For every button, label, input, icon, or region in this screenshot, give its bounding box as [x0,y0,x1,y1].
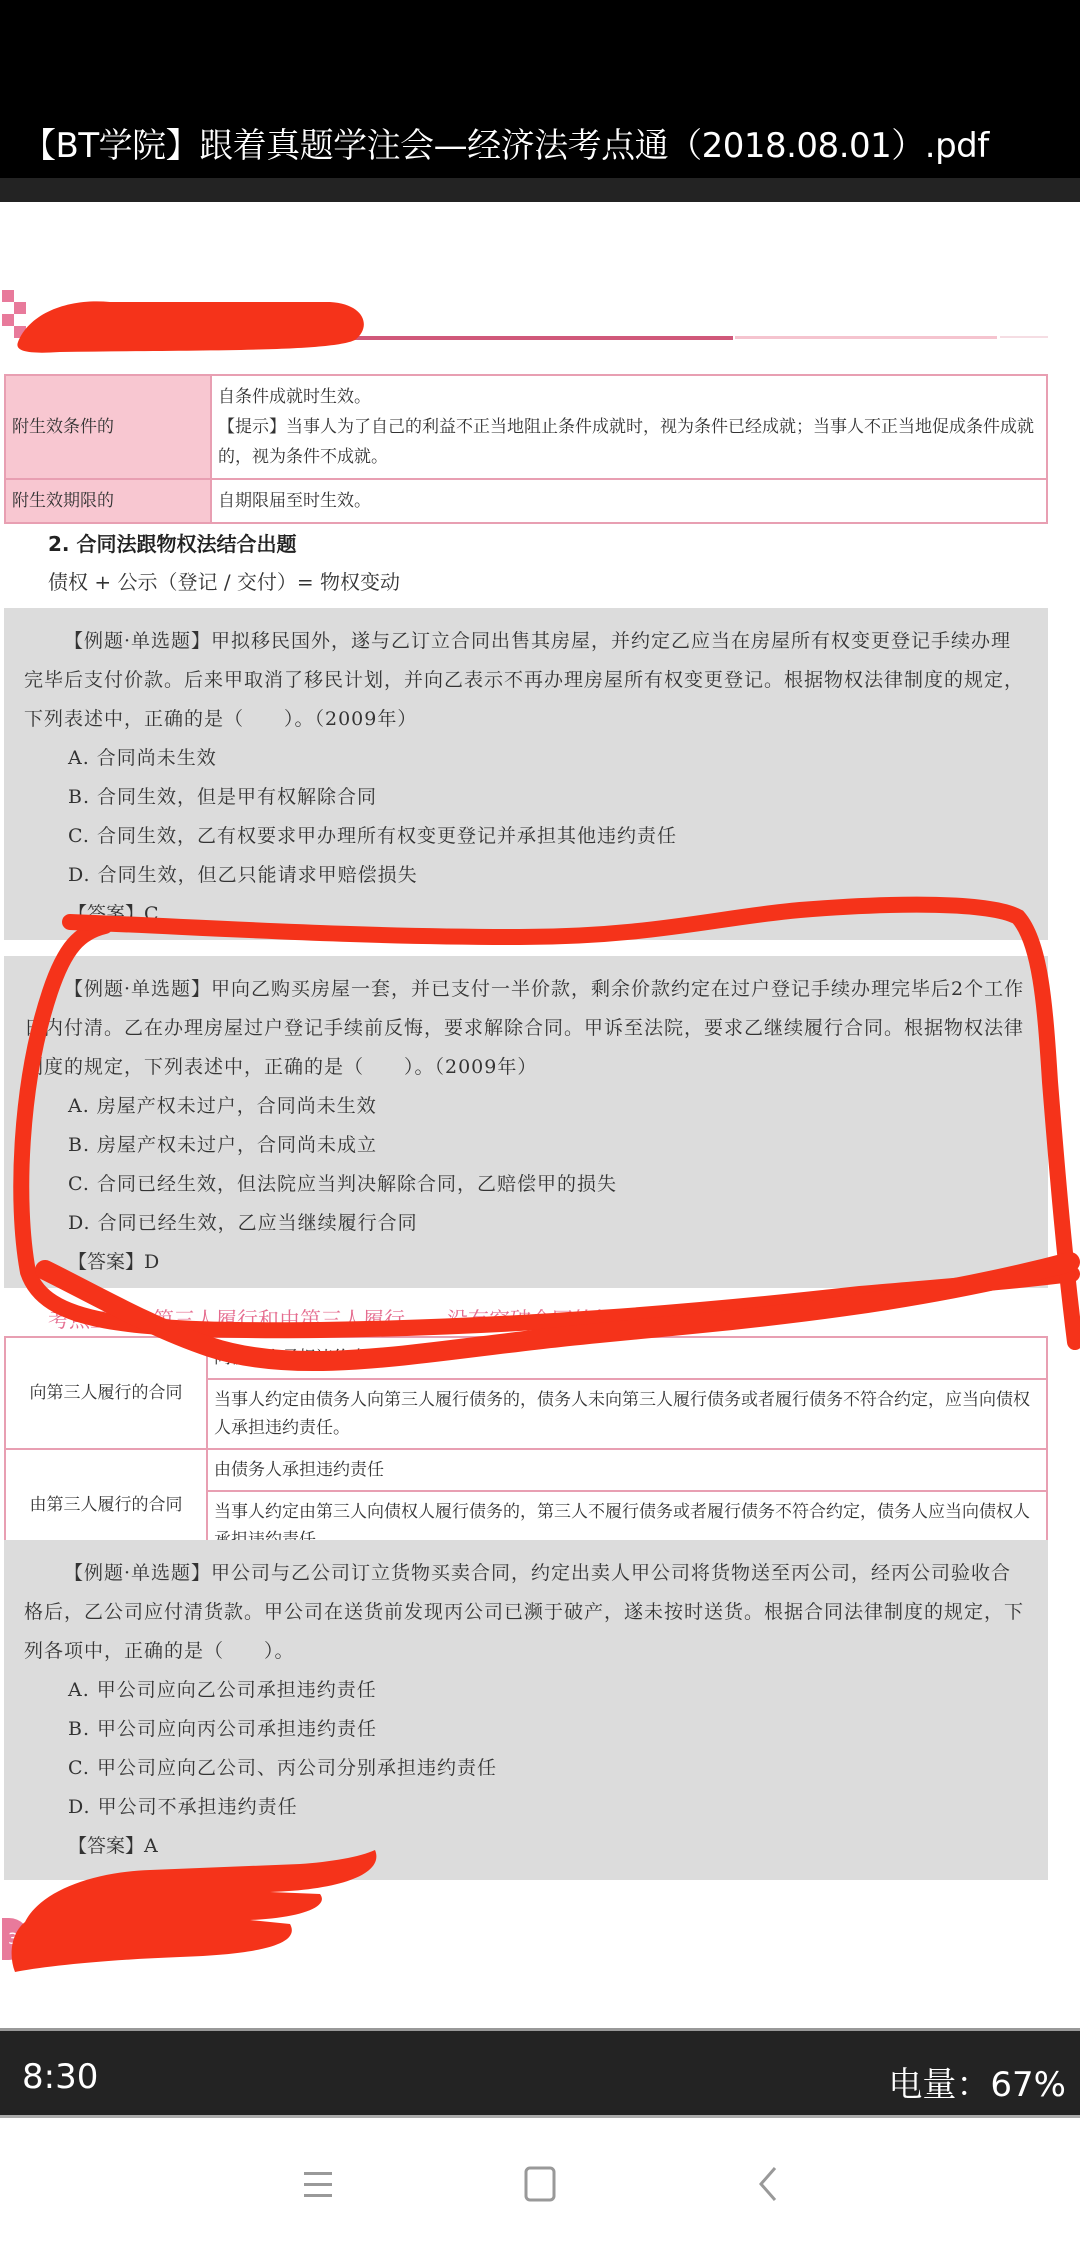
row-content: 自期限届至时生效。 [211,479,1047,523]
option-c: C. 合同生效，乙有权要求甲办理所有权变更登记并承担其他违约责任 [24,817,1028,856]
kaodian-heading: 考点五 向第三人履行和由第三人履行——没有突破合同的相对性 [48,1304,657,1334]
option-a: A. 合同尚未生效 [24,739,1028,778]
header-rule-faint [1000,336,1048,338]
document-title: 【BT学院】跟着真题学注会—经济法考点通（2018.08.01）.pdf [22,118,989,167]
battery-level: 电量：67% [888,2057,1066,2106]
home-square-icon [522,2164,558,2204]
row-content: 自条件成就时生效。 【提示】当事人为了自己的利益不正当地阻止条件成就时，视为条件… [211,375,1047,479]
row-label: 附生效期限的 [5,479,211,523]
question-stem: 【例题·单选题】甲拟移民国外，遂与乙订立合同出售其房屋，并约定乙应当在房屋所有权… [24,622,1028,739]
row-sub-content: 当事人约定由债务人向第三人履行债务的，债务人未向第三人履行债务或者履行债务不符合… [207,1379,1047,1449]
header-rule-light [735,336,997,339]
home-button[interactable] [510,2154,570,2214]
table-row: 向第三人履行的合同 向债权人承担违约责任 [5,1337,1047,1379]
table-row: 附生效期限的 自期限届至时生效。 [5,479,1047,523]
formula-text: 债权 + 公示（登记 / 交付）= 物权变动 [48,566,400,595]
content-tip: 【提示】当事人为了自己的利益不正当地阻止条件成就时，视为条件已经成就；当事人不正… [218,412,1040,472]
back-chevron-icon [753,2164,783,2204]
question-block-3: 【例题·单选题】甲公司与乙公司订立货物买卖合同，约定出卖人甲公司将货物送至丙公司… [4,1540,1048,1880]
question-block-1: 【例题·单选题】甲拟移民国外，遂与乙订立合同出售其房屋，并约定乙应当在房屋所有权… [4,608,1048,940]
option-a: A. 甲公司应向乙公司承担违约责任 [24,1671,1028,1710]
menu-button[interactable] [288,2154,348,2214]
question-block-2: 【例题·单选题】甲向乙购买房屋一套，并已支付一半价款，剩余价款约定在过户登记手续… [4,956,1048,1288]
row-label: 向第三人履行的合同 [5,1337,207,1449]
menu-icon [300,2166,336,2202]
row-label: 附生效条件的 [5,375,211,479]
title-bar-underline [0,178,1080,202]
pdf-page[interactable]: 附生效条件的 自条件成就时生效。 【提示】当事人为了自己的利益不正当地阻止条件成… [0,202,1080,2028]
option-b: B. 甲公司应向丙公司承担违约责任 [24,1710,1028,1749]
option-b: B. 合同生效，但是甲有权解除合同 [24,778,1028,817]
option-d: D. 合同已经生效，乙应当继续履行合同 [24,1204,1028,1243]
section-heading: 2. 合同法跟物权法结合出题 [48,528,296,557]
effect-conditions-table: 附生效条件的 自条件成就时生效。 【提示】当事人为了自己的利益不正当地阻止条件成… [4,374,1048,524]
option-a: A. 房屋产权未过户，合同尚未生效 [24,1087,1028,1126]
table-row: 由第三人履行的合同 由债务人承担违约责任 [5,1449,1047,1491]
option-b: B. 房屋产权未过户，合同尚未成立 [24,1126,1028,1165]
option-d: D. 合同生效，但乙只能请求甲赔偿损失 [24,856,1028,895]
answer: 【答案】A [24,1827,1028,1866]
back-button[interactable] [738,2154,798,2214]
row-sub-title: 向债权人承担违约责任 [207,1337,1047,1379]
header-rule-dark [170,336,733,340]
clock-time: 8:30 [22,2057,98,2097]
question-stem: 【例题·单选题】甲向乙购买房屋一套，并已支付一半价款，剩余价款约定在过户登记手续… [24,970,1028,1087]
table-row: 附生效条件的 自条件成就时生效。 【提示】当事人为了自己的利益不正当地阻止条件成… [5,375,1047,479]
system-navigation-bar [0,2118,1080,2248]
page-number-badge: 3 [2,1918,30,1960]
third-party-performance-table: 向第三人履行的合同 向债权人承担违约责任 当事人约定由债务人向第三人履行债务的，… [4,1336,1048,1562]
answer: 【答案】C [24,895,1028,934]
answer: 【答案】D [24,1243,1028,1282]
question-stem: 【例题·单选题】甲公司与乙公司订立货物买卖合同，约定出卖人甲公司将货物送至丙公司… [24,1554,1028,1671]
option-c: C. 甲公司应向乙公司、丙公司分别承担违约责任 [24,1749,1028,1788]
option-c: C. 合同已经生效，但法院应当判决解除合同，乙赔偿甲的损失 [24,1165,1028,1204]
row-sub-title: 由债务人承担违约责任 [207,1449,1047,1491]
content-line: 自条件成就时生效。 [218,382,1040,412]
reader-status-bar: 8:30 电量：67% [0,2028,1080,2118]
option-d: D. 甲公司不承担违约责任 [24,1788,1028,1827]
